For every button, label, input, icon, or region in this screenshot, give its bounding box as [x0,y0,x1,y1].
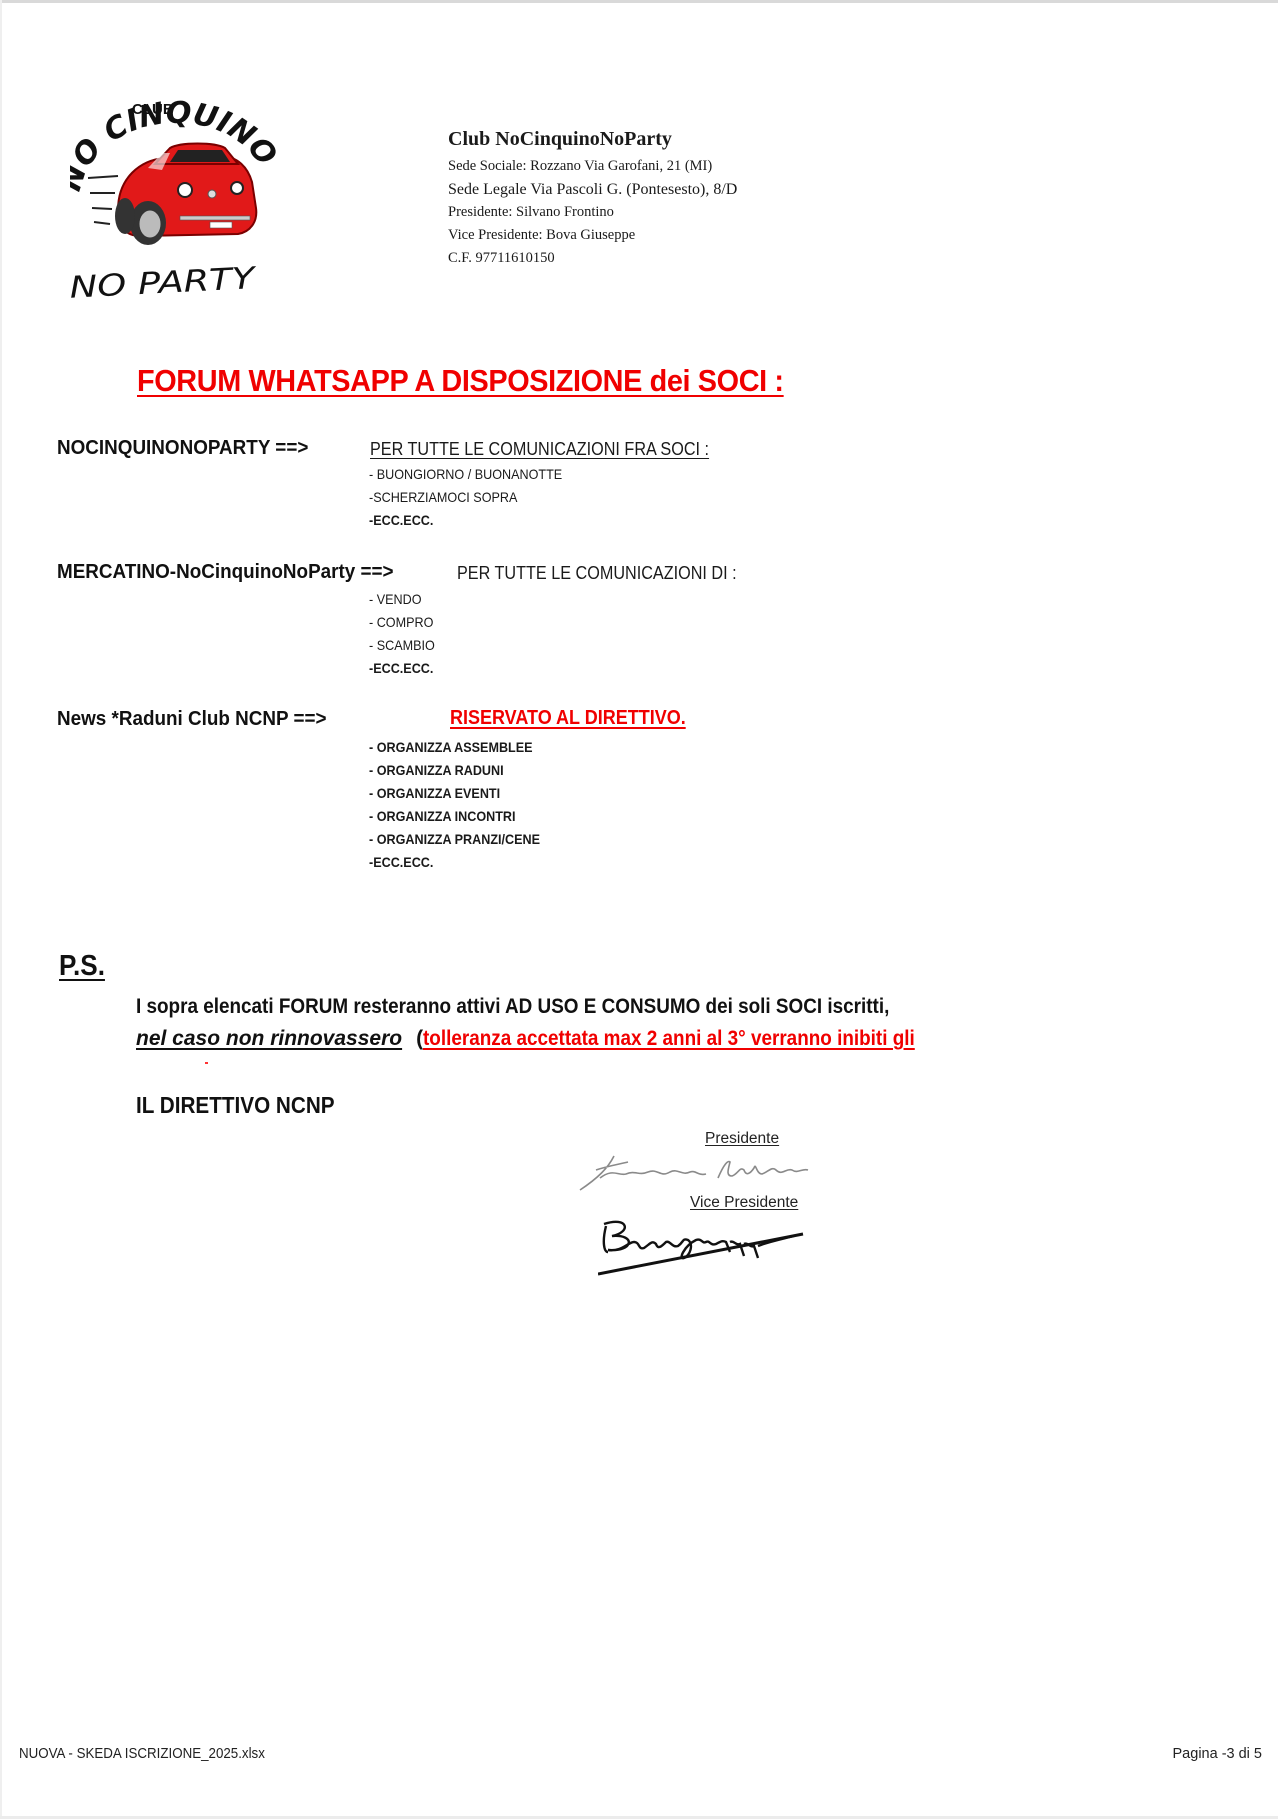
group-name: News *Raduni Club NCNP ==> [57,707,327,731]
footer-filename: NUOVA - SKEDA ISCRIZIONE_2025.xlsx [19,1746,265,1762]
club-logo: CLUB NO CINQUINO NO PARTY [70,98,300,313]
group-name: MERCATINO-NoCinquinoNoParty ==> [57,560,394,584]
car-icon [115,144,256,246]
group-items: - ORGANIZZA ASSEMBLEE - ORGANIZZA RADUNI… [369,736,559,874]
list-item: - ORGANIZZA INCONTRI [369,805,540,828]
list-item: -ECC.ECC. [369,657,435,680]
list-item: - ORGANIZZA PRANZI/CENE [369,828,540,851]
list-item: -SCHERZIAMOCI SOPRA [369,486,562,509]
speed-lines-icon [88,176,118,224]
ps-heading: P.S. [59,950,105,983]
list-item: - BUONGIORNO / BUONANOTTE [369,463,562,486]
group-description: PER TUTTE LE COMUNICAZIONI FRA SOCI : [370,439,709,460]
ps-text: I sopra elencati FORUM resteranno attivi… [136,995,889,1019]
president-label: Presidente [705,1130,779,1148]
list-item: -ECC.ECC. [369,851,540,874]
group-items: - VENDO - COMPRO - SCAMBIO -ECC.ECC. [369,588,442,680]
list-item: -ECC.ECC. [369,509,562,532]
org-name: Club NoCinquinoNoParty [448,128,737,151]
group-items: - BUONGIORNO / BUONANOTTE -SCHERZIAMOCI … [369,463,584,532]
footer-page-number: Pagina -3 di 5 [1173,1746,1262,1762]
ps-italic-text: nel caso non rinnovassero [136,1027,402,1050]
list-item: - VENDO [369,588,435,611]
list-item: - ORGANIZZA RADUNI [369,759,540,782]
letterhead-line: Sede Sociale: Rozzano Via Garofani, 21 (… [448,155,737,178]
vice-president-label: Vice Presidente [690,1194,798,1212]
letterhead-line: Presidente: Silvano Frontino [448,201,737,224]
ps-warning-text: tolleranza accettata max 2 anni al 3° ve… [423,1027,915,1051]
letterhead-line: Vice Presidente: Bova Giuseppe [448,224,737,247]
vice-president-signature [598,1212,818,1282]
group-name: NOCINQUINONOPARTY ==> [57,436,308,460]
restricted-badge: RISERVATO AL DIRETTIVO. [450,707,686,730]
group-description: PER TUTTE LE COMUNICAZIONI DI : [457,563,737,584]
page-edge [0,0,2,1819]
sign-off: IL DIRETTIVO NCNP [136,1092,335,1119]
list-item: - SCAMBIO [369,634,435,657]
letterhead-line: Sede Legale Via Pascoli G. (Pontesesto),… [448,178,737,201]
logo-no-party-text: NO PARTY [70,261,259,306]
letterhead: Club NoCinquinoNoParty Sede Sociale: Roz… [448,128,737,270]
page-title: FORUM WHATSAPP A DISPOSIZIONE dei SOCI : [137,363,784,399]
clipped-text-fragment [205,1062,208,1064]
president-signature [578,1148,828,1198]
list-item: - ORGANIZZA EVENTI [369,782,540,805]
ps-line2: nel caso non rinnovassero(tolleranza acc… [136,1027,970,1051]
page-edge [0,0,1278,3]
letterhead-line: C.F. 97711610150 [448,247,737,270]
list-item: - COMPRO [369,611,435,634]
list-item: - ORGANIZZA ASSEMBLEE [369,736,540,759]
